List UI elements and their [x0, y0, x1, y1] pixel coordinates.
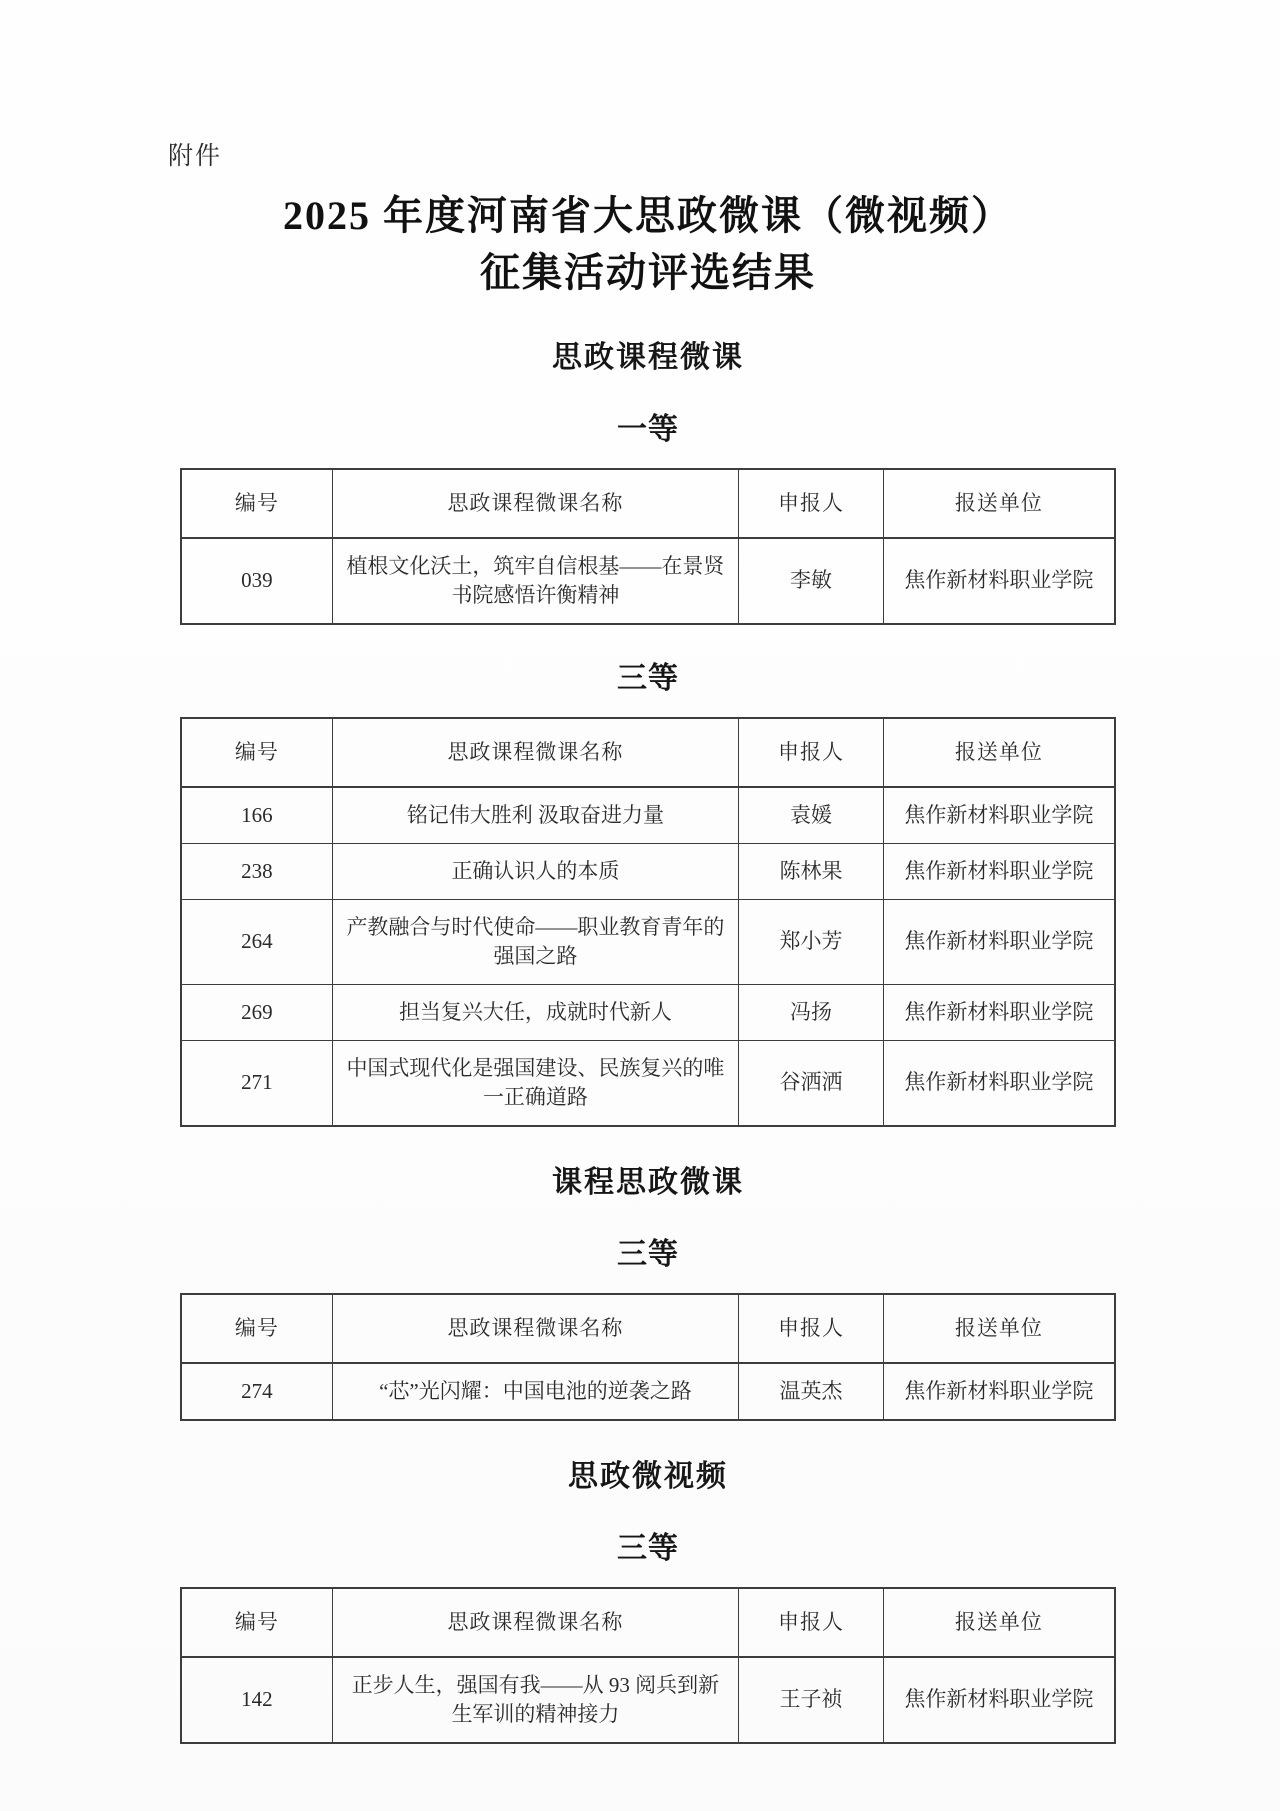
header-applicant-cell: 申报人	[739, 1294, 884, 1363]
document-title-line2: 征集活动评选结果	[180, 245, 1116, 302]
header-applicant-cell: 申报人	[739, 469, 884, 538]
awards-table-head: 编号思政课程微课名称申报人报送单位	[181, 1588, 1115, 1657]
header-course-name-cell: 思政课程微课名称	[332, 718, 738, 787]
award-section: 课程思政微课三等编号思政课程微课名称申报人报送单位274“芯”光闪耀：中国电池的…	[180, 1157, 1116, 1421]
unit-cell: 焦作新材料职业学院	[883, 984, 1115, 1040]
awards-table-body: 142正步人生，强国有我——从 93 阅兵到新生军训的精神接力王子祯焦作新材料职…	[181, 1657, 1115, 1743]
header-row: 编号思政课程微课名称申报人报送单位	[181, 1294, 1115, 1363]
section-title: 思政课程微课	[180, 332, 1116, 376]
number-cell: 264	[181, 899, 332, 984]
header-applicant-cell: 申报人	[739, 718, 884, 787]
unit-cell: 焦作新材料职业学院	[883, 1040, 1115, 1126]
header-course-name-cell: 思政课程微课名称	[332, 1588, 738, 1657]
header-row: 编号思政课程微课名称申报人报送单位	[181, 469, 1115, 538]
unit-cell: 焦作新材料职业学院	[883, 1657, 1115, 1743]
table-row: 166铭记伟大胜利 汲取奋进力量袁媛焦作新材料职业学院	[181, 787, 1115, 844]
document-content: 附件 2025 年度河南省大思政微课（微视频） 征集活动评选结果 思政课程微课一…	[180, 0, 1116, 1744]
header-number-cell: 编号	[181, 1294, 332, 1363]
section-title: 思政微视频	[180, 1451, 1116, 1495]
header-unit-cell: 报送单位	[883, 1588, 1115, 1657]
unit-cell: 焦作新材料职业学院	[883, 538, 1115, 624]
table-row: 264产教融合与时代使命——职业教育青年的强国之路郑小芳焦作新材料职业学院	[181, 899, 1115, 984]
number-cell: 238	[181, 843, 332, 899]
course-name-cell: 植根文化沃土，筑牢自信根基——在景贤书院感悟许衡精神	[332, 538, 738, 624]
header-applicant-cell: 申报人	[739, 1588, 884, 1657]
table-row: 238正确认识人的本质陈林果焦作新材料职业学院	[181, 843, 1115, 899]
table-row: 269担当复兴大任，成就时代新人冯扬焦作新材料职业学院	[181, 984, 1115, 1040]
awards-table-body: 274“芯”光闪耀：中国电池的逆袭之路温英杰焦作新材料职业学院	[181, 1363, 1115, 1420]
header-number-cell: 编号	[181, 1588, 332, 1657]
table-row: 142正步人生，强国有我——从 93 阅兵到新生军训的精神接力王子祯焦作新材料职…	[181, 1657, 1115, 1743]
header-course-name-cell: 思政课程微课名称	[332, 1294, 738, 1363]
attachment-label: 附件	[168, 136, 1116, 172]
number-cell: 142	[181, 1657, 332, 1743]
header-row: 编号思政课程微课名称申报人报送单位	[181, 1588, 1115, 1657]
grade-heading: 三等	[180, 653, 1116, 697]
course-name-cell: 产教融合与时代使命——职业教育青年的强国之路	[332, 899, 738, 984]
table-row: 039植根文化沃土，筑牢自信根基——在景贤书院感悟许衡精神李敏焦作新材料职业学院	[181, 538, 1115, 624]
grade-heading: 三等	[180, 1229, 1116, 1273]
number-cell: 166	[181, 787, 332, 844]
unit-cell: 焦作新材料职业学院	[883, 787, 1115, 844]
awards-table-head: 编号思政课程微课名称申报人报送单位	[181, 469, 1115, 538]
award-section: 思政课程微课一等编号思政课程微课名称申报人报送单位039植根文化沃土，筑牢自信根…	[180, 332, 1116, 1127]
applicant-cell: 谷洒洒	[739, 1040, 884, 1126]
applicant-cell: 王子祯	[739, 1657, 884, 1743]
results-sections: 思政课程微课一等编号思政课程微课名称申报人报送单位039植根文化沃土，筑牢自信根…	[180, 332, 1116, 1744]
number-cell: 039	[181, 538, 332, 624]
document-title: 2025 年度河南省大思政微课（微视频） 征集活动评选结果	[180, 188, 1116, 302]
table-row: 271中国式现代化是强国建设、民族复兴的唯一正确道路谷洒洒焦作新材料职业学院	[181, 1040, 1115, 1126]
header-unit-cell: 报送单位	[883, 1294, 1115, 1363]
document-title-line1: 2025 年度河南省大思政微课（微视频）	[180, 188, 1116, 245]
awards-table-body: 166铭记伟大胜利 汲取奋进力量袁媛焦作新材料职业学院238正确认识人的本质陈林…	[181, 787, 1115, 1126]
course-name-cell: 正步人生，强国有我——从 93 阅兵到新生军训的精神接力	[332, 1657, 738, 1743]
header-number-cell: 编号	[181, 718, 332, 787]
applicant-cell: 袁媛	[739, 787, 884, 844]
header-course-name-cell: 思政课程微课名称	[332, 469, 738, 538]
course-name-cell: “芯”光闪耀：中国电池的逆袭之路	[332, 1363, 738, 1420]
course-name-cell: 中国式现代化是强国建设、民族复兴的唯一正确道路	[332, 1040, 738, 1126]
course-name-cell: 担当复兴大任，成就时代新人	[332, 984, 738, 1040]
table-row: 274“芯”光闪耀：中国电池的逆袭之路温英杰焦作新材料职业学院	[181, 1363, 1115, 1420]
course-name-cell: 正确认识人的本质	[332, 843, 738, 899]
course-name-cell: 铭记伟大胜利 汲取奋进力量	[332, 787, 738, 844]
awards-table-head: 编号思政课程微课名称申报人报送单位	[181, 1294, 1115, 1363]
header-unit-cell: 报送单位	[883, 469, 1115, 538]
applicant-cell: 郑小芳	[739, 899, 884, 984]
header-unit-cell: 报送单位	[883, 718, 1115, 787]
header-number-cell: 编号	[181, 469, 332, 538]
grade-heading: 一等	[180, 404, 1116, 448]
header-row: 编号思政课程微课名称申报人报送单位	[181, 718, 1115, 787]
unit-cell: 焦作新材料职业学院	[883, 843, 1115, 899]
applicant-cell: 陈林果	[739, 843, 884, 899]
awards-table: 编号思政课程微课名称申报人报送单位274“芯”光闪耀：中国电池的逆袭之路温英杰焦…	[180, 1293, 1116, 1421]
unit-cell: 焦作新材料职业学院	[883, 899, 1115, 984]
grade-heading: 三等	[180, 1523, 1116, 1567]
number-cell: 274	[181, 1363, 332, 1420]
document-page: 附件 2025 年度河南省大思政微课（微视频） 征集活动评选结果 思政课程微课一…	[0, 0, 1280, 1811]
unit-cell: 焦作新材料职业学院	[883, 1363, 1115, 1420]
number-cell: 271	[181, 1040, 332, 1126]
awards-table-head: 编号思政课程微课名称申报人报送单位	[181, 718, 1115, 787]
applicant-cell: 冯扬	[739, 984, 884, 1040]
awards-table: 编号思政课程微课名称申报人报送单位142正步人生，强国有我——从 93 阅兵到新…	[180, 1587, 1116, 1744]
section-title: 课程思政微课	[180, 1157, 1116, 1201]
awards-table-body: 039植根文化沃土，筑牢自信根基——在景贤书院感悟许衡精神李敏焦作新材料职业学院	[181, 538, 1115, 624]
applicant-cell: 温英杰	[739, 1363, 884, 1420]
award-section: 思政微视频三等编号思政课程微课名称申报人报送单位142正步人生，强国有我——从 …	[180, 1451, 1116, 1744]
awards-table: 编号思政课程微课名称申报人报送单位166铭记伟大胜利 汲取奋进力量袁媛焦作新材料…	[180, 717, 1116, 1127]
number-cell: 269	[181, 984, 332, 1040]
applicant-cell: 李敏	[739, 538, 884, 624]
awards-table: 编号思政课程微课名称申报人报送单位039植根文化沃土，筑牢自信根基——在景贤书院…	[180, 468, 1116, 625]
